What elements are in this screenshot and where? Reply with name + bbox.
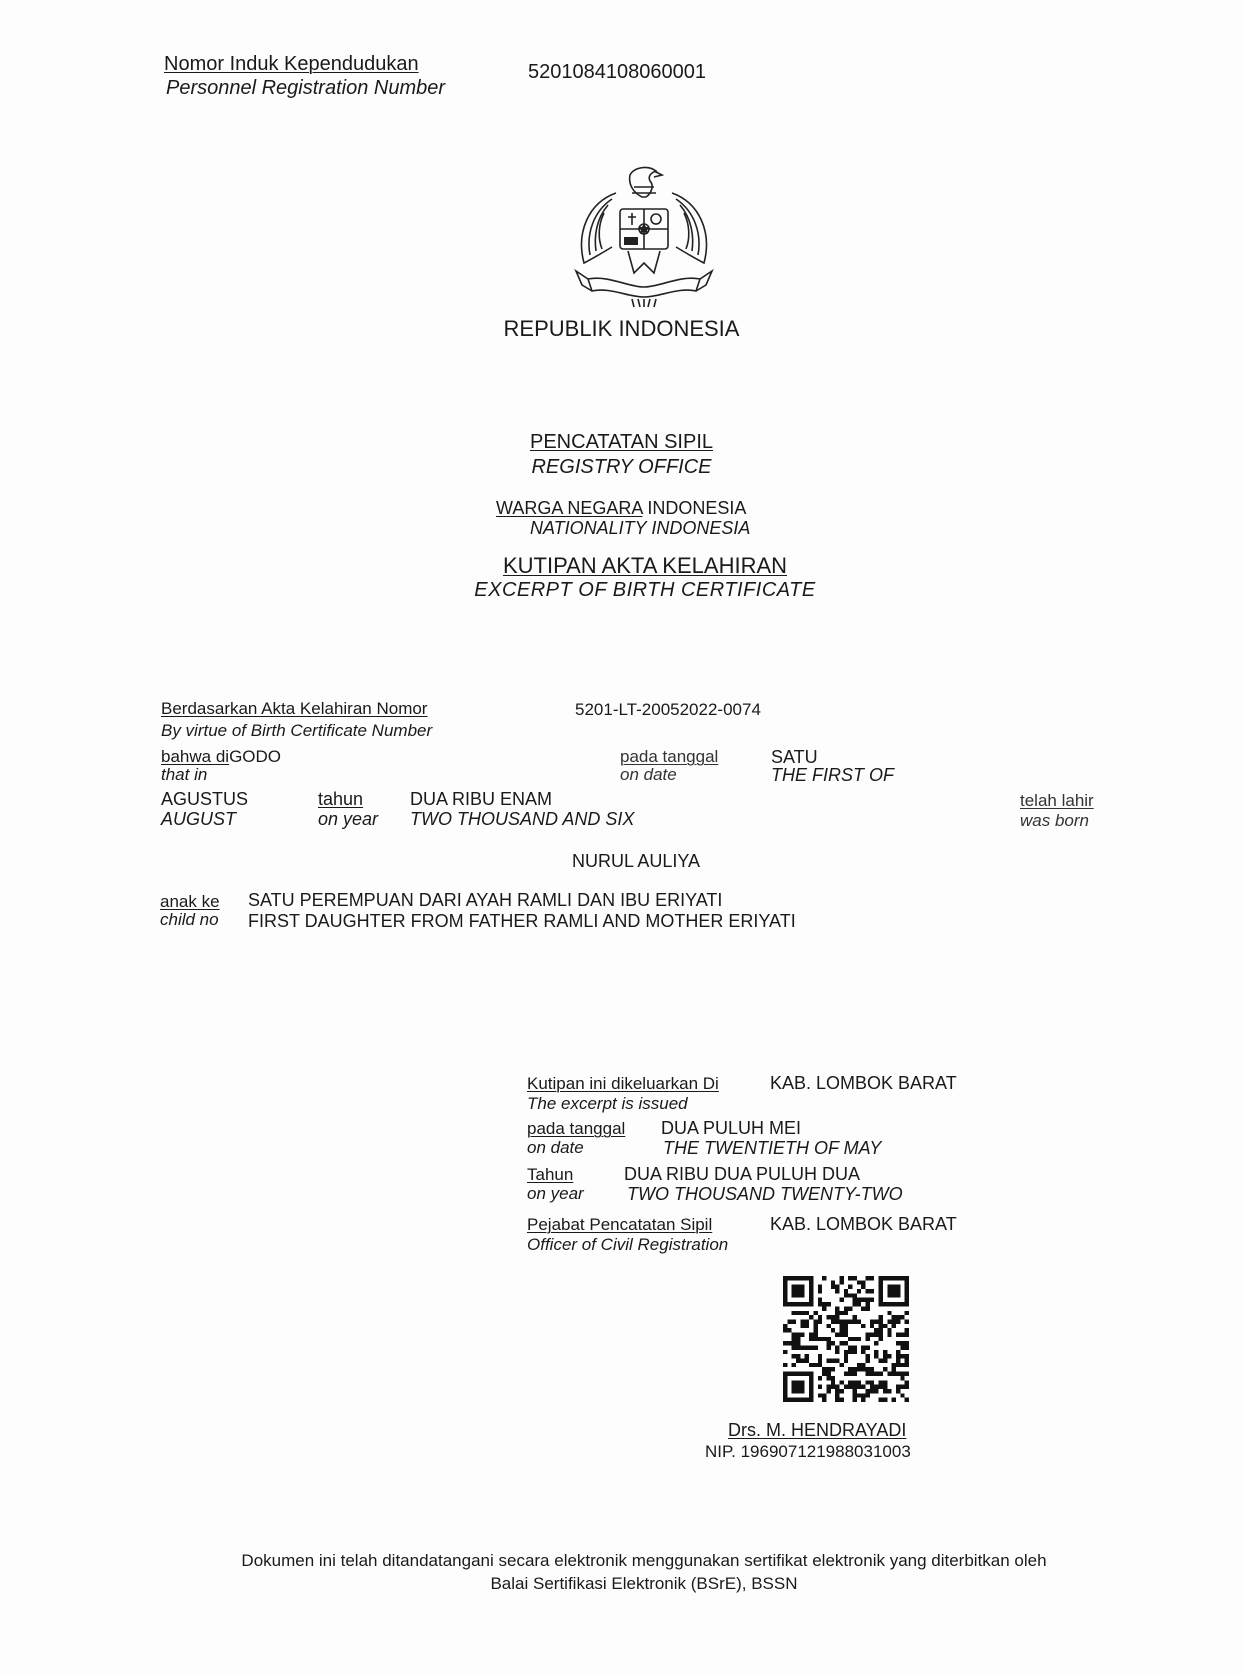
document-title: KUTIPAN AKTA KELAHIRAN xyxy=(0,555,1243,577)
year-label-en: on year xyxy=(318,810,378,828)
nik-label: Nomor Induk Kependudukan xyxy=(164,54,419,74)
child-name: NURUL AULIYA xyxy=(572,852,700,870)
child-description-en: FIRST DAUGHTER FROM FATHER RAMLI AND MOT… xyxy=(248,912,796,930)
footer-line-1: Dokumen ini telah ditandatangani secara … xyxy=(0,1552,1243,1569)
footer-line-2: Balai Sertifikasi Elektronik (BSrE), BSS… xyxy=(0,1575,1243,1592)
office-title: PENCATATAN SIPIL xyxy=(0,432,1243,452)
child-order-label: anak ke xyxy=(160,893,220,910)
day-value-en: THE FIRST OF xyxy=(771,766,894,784)
place-label: bahwa di xyxy=(161,747,229,766)
place-label-en: that in xyxy=(161,766,207,783)
issued-label-en: The excerpt is issued xyxy=(527,1095,688,1112)
officer-label: Pejabat Pencatatan Sipil xyxy=(527,1216,712,1233)
issue-year-value: DUA RIBU DUA PULUH DUA xyxy=(624,1165,860,1183)
born-label-en: was born xyxy=(1020,812,1089,829)
signer-name: Drs. M. HENDRAYADI xyxy=(728,1421,906,1439)
issue-date-label: pada tanggal xyxy=(527,1120,625,1137)
signer-nip: NIP. 196907121988031003 xyxy=(705,1443,911,1460)
garuda-pancasila-emblem-icon xyxy=(568,163,720,311)
qr-code-icon[interactable] xyxy=(783,1276,909,1402)
date-label-en: on date xyxy=(620,766,677,783)
issue-year-label-en: on year xyxy=(527,1185,584,1202)
month-value: AGUSTUS xyxy=(161,790,248,808)
country-title: REPUBLIK INDONESIA xyxy=(0,318,1243,340)
year-label: tahun xyxy=(318,790,363,808)
office-title-en: REGISTRY OFFICE xyxy=(0,457,1243,477)
child-order-label-en: child no xyxy=(160,911,219,928)
cert-number-value: 5201-LT-20052022-0074 xyxy=(575,701,761,718)
month-value-en: AUGUST xyxy=(161,810,236,828)
year-value-en: TWO THOUSAND AND SIX xyxy=(410,810,634,828)
officer-label-en: Officer of Civil Registration xyxy=(527,1236,728,1253)
nik-value: 5201084108060001 xyxy=(528,62,706,82)
issue-year-label: Tahun xyxy=(527,1166,573,1183)
cert-number-label-en: By virtue of Birth Certificate Number xyxy=(161,722,432,739)
nik-label-en: Personnel Registration Number xyxy=(166,78,445,98)
issue-year-value-en: TWO THOUSAND TWENTY-TWO xyxy=(627,1185,903,1203)
nationality-value: INDONESIA xyxy=(647,498,746,518)
cert-number-label: Berdasarkan Akta Kelahiran Nomor xyxy=(161,700,427,717)
issue-date-value: DUA PULUH MEI xyxy=(661,1119,801,1137)
nationality-label-en: NATIONALITY xyxy=(530,518,646,538)
born-label: telah lahir xyxy=(1020,792,1094,809)
issued-label: Kutipan ini dikeluarkan Di xyxy=(527,1075,719,1092)
document-title-en: EXCERPT OF BIRTH CERTIFICATE xyxy=(0,580,1243,600)
date-label: pada tanggal xyxy=(620,748,718,765)
day-value: SATU xyxy=(771,748,818,766)
child-description: SATU PEREMPUAN DARI AYAH RAMLI DAN IBU E… xyxy=(248,891,722,909)
nationality-label: WARGA NEGARA xyxy=(496,498,642,518)
issue-date-label-en: on date xyxy=(527,1139,584,1156)
issue-date-value-en: THE TWENTIETH OF MAY xyxy=(663,1139,881,1157)
year-value: DUA RIBU ENAM xyxy=(410,790,552,808)
officer-place: KAB. LOMBOK BARAT xyxy=(770,1215,957,1233)
issued-place: KAB. LOMBOK BARAT xyxy=(770,1074,957,1092)
nationality-value-en: INDONESIA xyxy=(651,518,750,538)
place-value: GODO xyxy=(229,747,281,766)
